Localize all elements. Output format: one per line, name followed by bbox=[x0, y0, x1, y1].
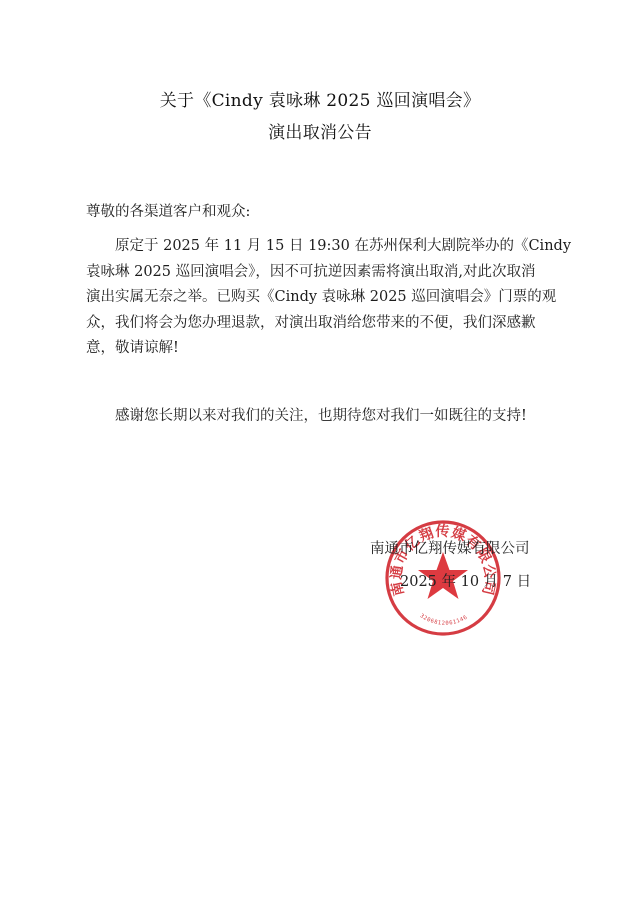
paragraph-line: 演出实属无奈之举。已购买《Cindy 袁咏琳 2025 巡回演唱会》门票的观 bbox=[86, 285, 556, 311]
signature-company: 南通市亿翔传媒有限公司 bbox=[370, 537, 530, 558]
notice-title: 关于《Cindy 袁咏琳 2025 巡回演唱会》 bbox=[0, 86, 640, 111]
paragraph-line: 众，我们将会为您办理退款，对演出取消给您带来的不便，我们深感歉 bbox=[86, 311, 556, 337]
paragraph-cancellation: 原定于 2025 年 11 月 15 日 19:30 在苏州保利大剧院举办的《C… bbox=[86, 234, 556, 362]
paragraph-line: 袁咏琳 2025 巡回演唱会》，因不可抗逆因素需将演出取消,对此次取消 bbox=[86, 260, 556, 286]
paragraph-line: 原定于 2025 年 11 月 15 日 19:30 在苏州保利大剧院举办的《C… bbox=[86, 234, 556, 260]
document-page: 关于《Cindy 袁咏琳 2025 巡回演唱会》 演出取消公告 尊敬的各渠道客户… bbox=[0, 0, 640, 905]
salutation: 尊敬的各渠道客户和观众: bbox=[86, 200, 556, 226]
notice-subtitle: 演出取消公告 bbox=[0, 118, 640, 143]
paragraph-thanks: 感谢您长期以来对我们的关注，也期待您对我们一如既往的支持! bbox=[86, 404, 556, 430]
seal-serial-number: 3206812061146 bbox=[419, 613, 469, 627]
svg-text:3206812061146: 3206812061146 bbox=[419, 613, 469, 627]
paragraph-line: 意，敬请谅解! bbox=[86, 336, 556, 362]
signature-date: 2025 年 10 月 7 日 bbox=[400, 570, 531, 591]
